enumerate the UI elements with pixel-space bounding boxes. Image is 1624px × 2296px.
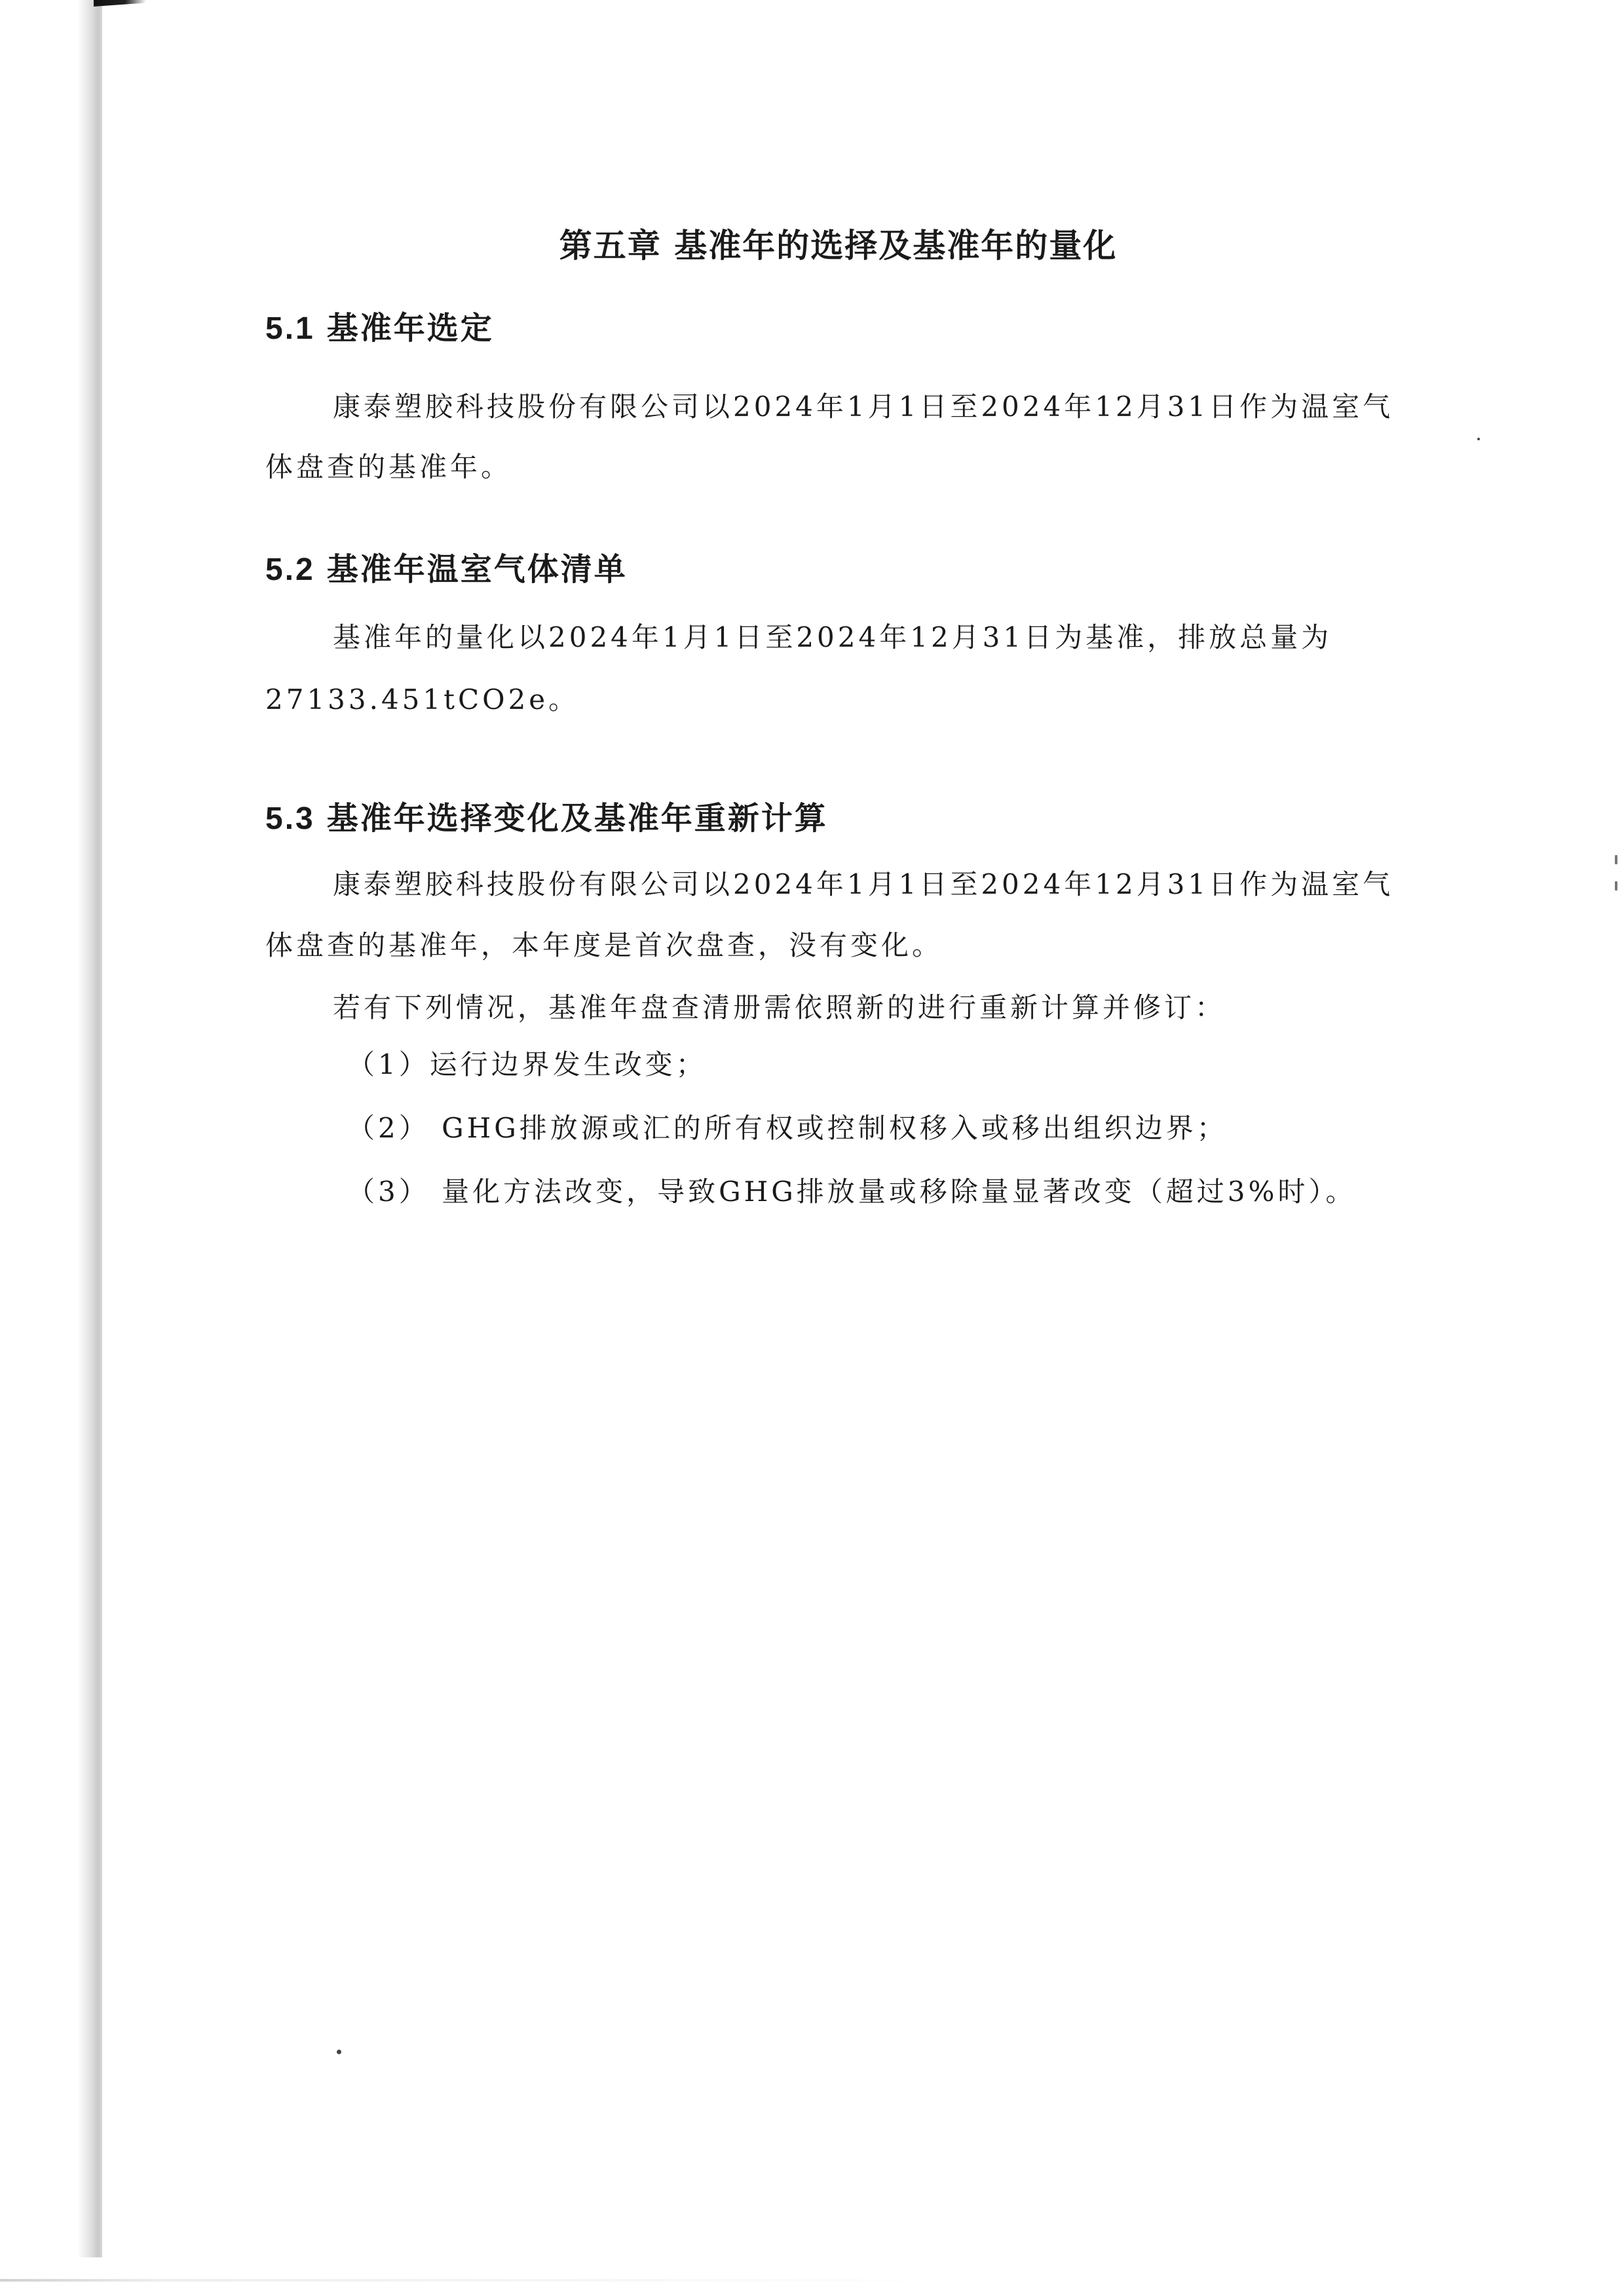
scan-edge-shadow [77,0,102,2257]
paragraph-line: 基准年的量化以2024年1月1日至2024年12月31日为基准，排放总量为 [333,616,1332,655]
section-number: 5.1 [265,311,315,346]
paragraph-line: 康泰塑胶科技股份有限公司以2024年1月1日至2024年12月31日作为温室气 [333,863,1393,902]
paragraph-line: 体盘查的基准年，本年度是首次盘查，没有变化。 [265,924,943,963]
paragraph-line: 康泰塑胶科技股份有限公司以2024年1月1日至2024年12月31日作为温室气 [333,385,1393,425]
scan-corner-mark [94,0,146,7]
document-page: 第五章 基准年的选择及基准年的量化 5.1基准年选定 康泰塑胶科技股份有限公司以… [0,0,1624,2296]
section-number: 5.2 [265,552,315,587]
section-title: 基准年选择变化及基准年重新计算 [327,800,828,837]
paragraph-line: 体盘查的基准年。 [265,446,512,485]
section-heading-5-3: 5.3基准年选择变化及基准年重新计算 [265,793,828,838]
section-number: 5.3 [265,801,315,836]
scan-speck [1477,438,1480,440]
section-title: 基准年温室气体清单 [327,551,628,588]
chapter-title: 第五章 基准年的选择及基准年的量化 [0,220,1624,267]
scan-bottom-edge [0,2279,1624,2282]
scan-speck [1615,881,1617,890]
section-heading-5-2: 5.2基准年温室气体清单 [265,544,628,589]
condition-item-3: （3） 量化方法改变，导致GHG排放量或移除量显著改变（超过3%时）。 [347,1170,1356,1210]
condition-item-1: （1）运行边界发生改变； [347,1043,707,1082]
paragraph-line: 若有下列情况，基准年盘查清册需依照新的进行重新计算并修订： [333,986,1226,1025]
section-heading-5-1: 5.1基准年选定 [265,303,494,348]
condition-item-2: （2） GHG排放源或汇的所有权或控制权移入或移出组织边界； [347,1107,1228,1146]
section-title: 基准年选定 [327,310,494,347]
scan-speck [1615,855,1617,864]
total-emissions-line: 27133.451tCO2e。 [265,678,579,717]
scan-speck [337,2050,341,2054]
